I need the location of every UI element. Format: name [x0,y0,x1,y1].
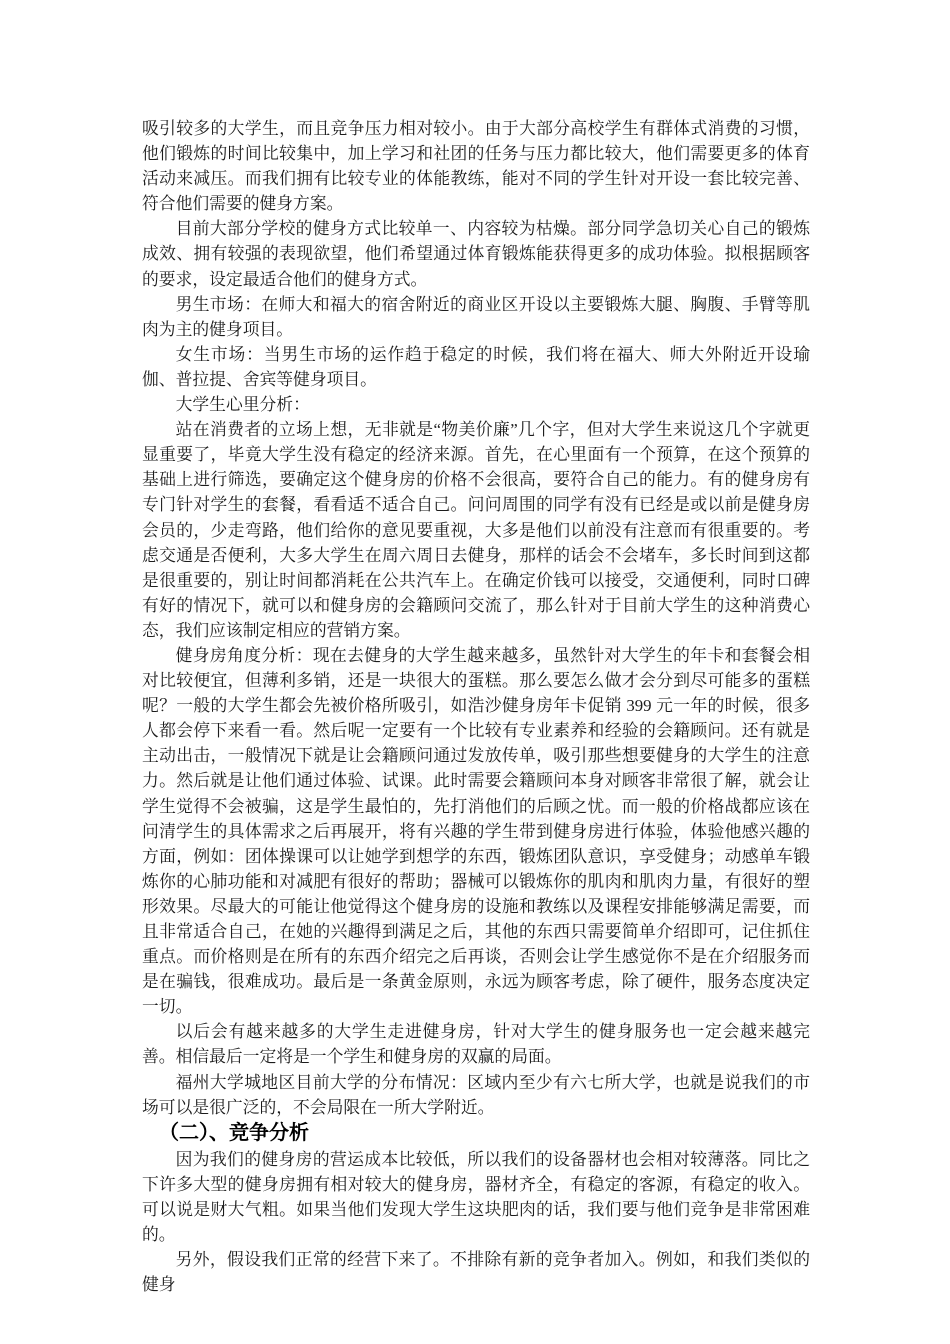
paragraph: 目前大部分学校的健身方式比较单一、内容较为枯燥。部分同学急切关心自己的锻炼成效、… [142,216,810,291]
document-page: 吸引较多的大学生，而且竞争压力相对较小。由于大部分高校学生有群体式消费的习惯，他… [0,0,950,1344]
paragraph: 女生市场：当男生市场的运作趋于稳定的时候，我们将在福大、师大外附近开设瑜伽、普拉… [142,342,810,392]
paragraph: 男生市场：在师大和福大的宿舍附近的商业区开设以主要锻炼大腿、胸腹、手臂等肌肉为主… [142,292,810,342]
paragraph: 另外，假设我们正常的经营下来了。不排除有新的竞争者加入。例如，和我们类似的健身 [142,1247,810,1297]
paragraph: 福州大学城地区目前大学的分布情况：区域内至少有六七所大学，也就是说我们的市场可以… [142,1070,810,1120]
paragraph: 健身房角度分析：现在去健身的大学生越来越多，虽然针对大学生的年卡和套餐会相对比较… [142,643,810,1019]
paragraph: 大学生心里分析： [142,392,810,417]
paragraph: 以后会有越来越多的大学生走进健身房，针对大学生的健身服务也一定会越来越完善。相信… [142,1019,810,1069]
section-heading: （二）、竞争分析 [142,1121,810,1146]
document-text-body: 吸引较多的大学生，而且竞争压力相对较小。由于大部分高校学生有群体式消费的习惯，他… [142,116,810,1297]
paragraph: 站在消费者的立场上想，无非就是“物美价廉”几个字，但对大学生来说这几个字就更显重… [142,417,810,643]
paragraph: 吸引较多的大学生，而且竞争压力相对较小。由于大部分高校学生有群体式消费的习惯，他… [142,116,810,216]
paragraph: 因为我们的健身房的营运成本比较低，所以我们的设备器材也会相对较薄落。同比之下许多… [142,1147,810,1247]
